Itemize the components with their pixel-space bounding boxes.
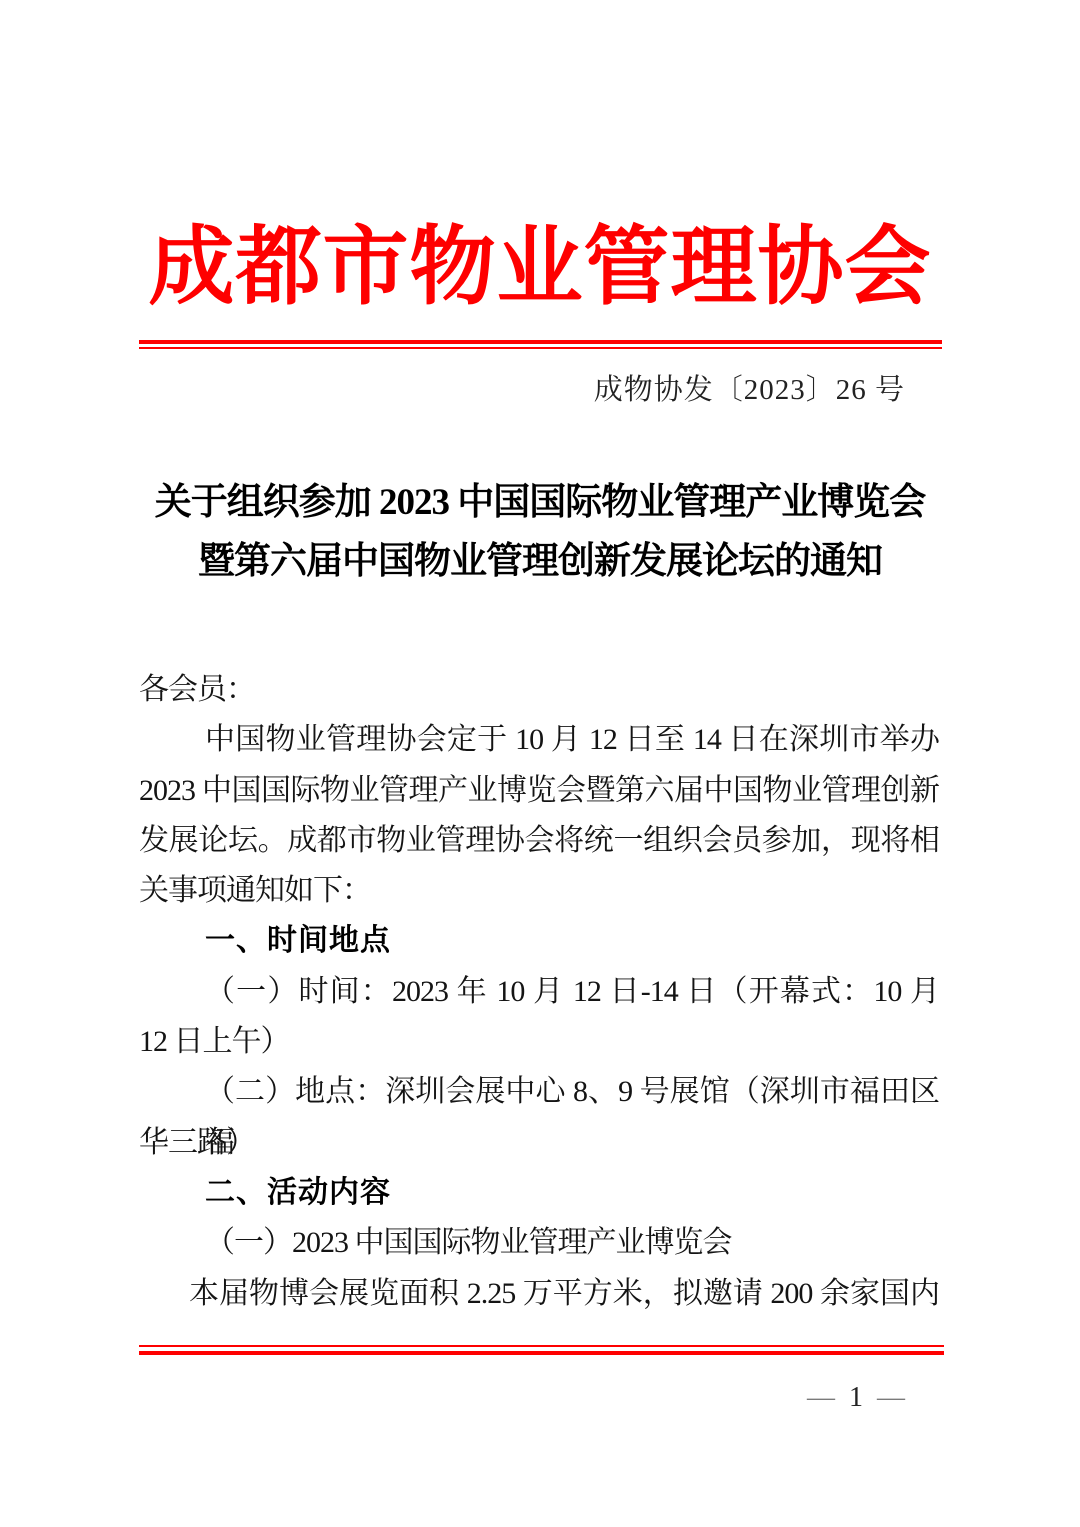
red-divider-top (139, 340, 942, 349)
notice-title-line2: 暨第六届中国物业管理创新发展论坛的通知 (0, 532, 1080, 591)
body-line: 中国物业管理协会定于 10 月 12 日至 14 日在深圳市举办 (139, 715, 939, 765)
org-name-header: 成都市物业管理协会 (0, 205, 1080, 329)
red-divider-bottom (139, 1345, 944, 1355)
notice-body: 各会员： 中国物业管理协会定于 10 月 12 日至 14 日在深圳市举办 20… (139, 665, 939, 1319)
body-line: 关事项通知如下： (139, 866, 939, 916)
body-line: （一）时间：2023 年 10 月 12 日-14 日（开幕式：10 月 (139, 967, 939, 1017)
notice-title-line1: 关于组织参加 2023 中国国际物业管理产业博览会 (0, 473, 1080, 532)
subsection-heading: （一）2023 中国国际物业管理产业博览会 (139, 1218, 939, 1268)
body-line: 2023 中国国际物业管理产业博览会暨第六届中国物业管理创新 (139, 766, 939, 816)
salutation: 各会员： (139, 665, 939, 715)
doc-number: 成物协发〔2023〕26 号 (139, 368, 905, 413)
document-page: 成都市物业管理协会 成物协发〔2023〕26 号 关于组织参加 2023 中国国… (0, 0, 1080, 1527)
body-line: （二）地点：深圳会展中心 8、9 号展馆（深圳市福田区福 (139, 1067, 939, 1117)
page-number-dash-left: — (807, 1382, 835, 1413)
body-line: 本届物博会展览面积 2.25 万平方米，拟邀请 200 余家国内 (139, 1269, 939, 1319)
section-heading-1: 一、时间地点 (139, 916, 939, 966)
body-line: 发展论坛。成都市物业管理协会将统一组织会员参加，现将相 (139, 816, 939, 866)
notice-title: 关于组织参加 2023 中国国际物业管理产业博览会 暨第六届中国物业管理创新发展… (0, 473, 1080, 591)
page-number-value: 1 (849, 1382, 863, 1413)
page-number: —1— (139, 1378, 905, 1418)
body-line: 12 日上午） (139, 1017, 939, 1067)
body-line: 华三路） (139, 1118, 939, 1168)
section-heading-2: 二、活动内容 (139, 1168, 939, 1218)
page-number-dash-right: — (877, 1382, 905, 1413)
